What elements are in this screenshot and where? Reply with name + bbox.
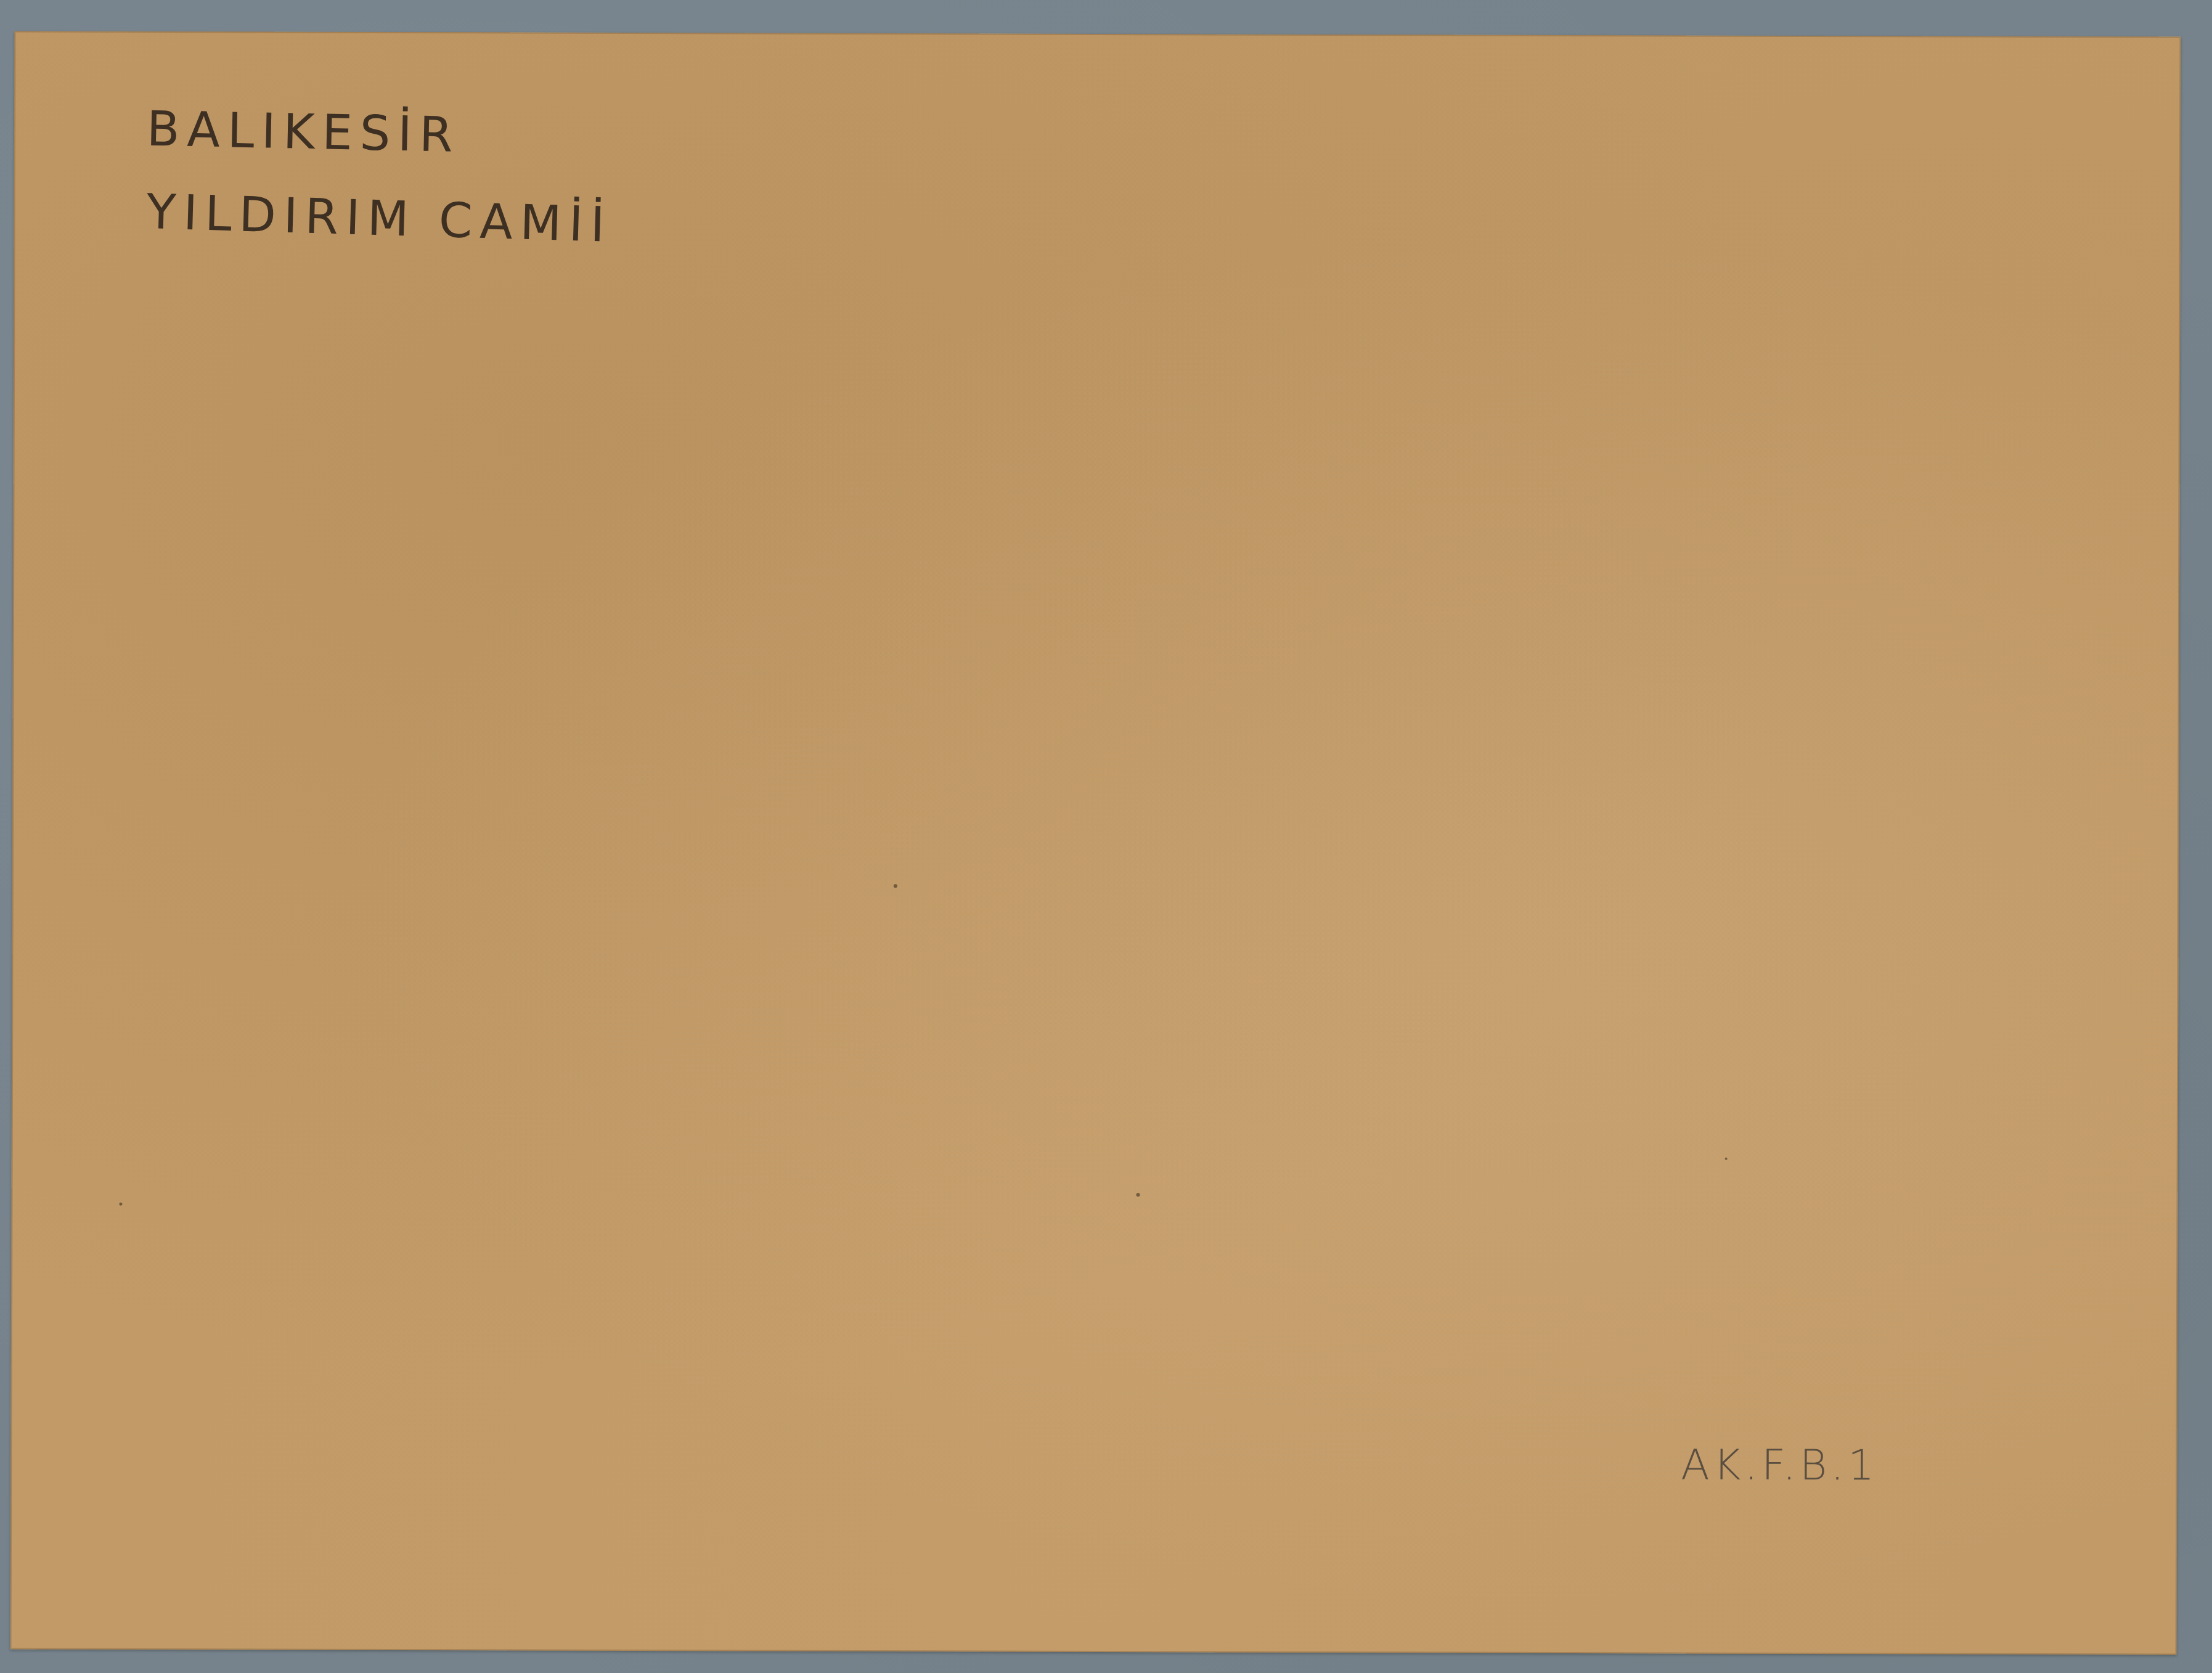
paper-speck <box>119 1203 122 1206</box>
paper-speck <box>1725 1158 1728 1160</box>
paper-speck <box>1136 1193 1140 1196</box>
envelope: BALIKESİR YILDIRIM CAMİİ AK.F.B.1 <box>10 31 2181 1655</box>
handwritten-building-label: YILDIRIM CAMİİ <box>146 184 613 253</box>
paper-speck <box>894 884 897 888</box>
handwritten-city-label: BALIKESİR <box>146 102 460 163</box>
archive-code-label: AK.F.B.1 <box>1681 1441 1878 1490</box>
